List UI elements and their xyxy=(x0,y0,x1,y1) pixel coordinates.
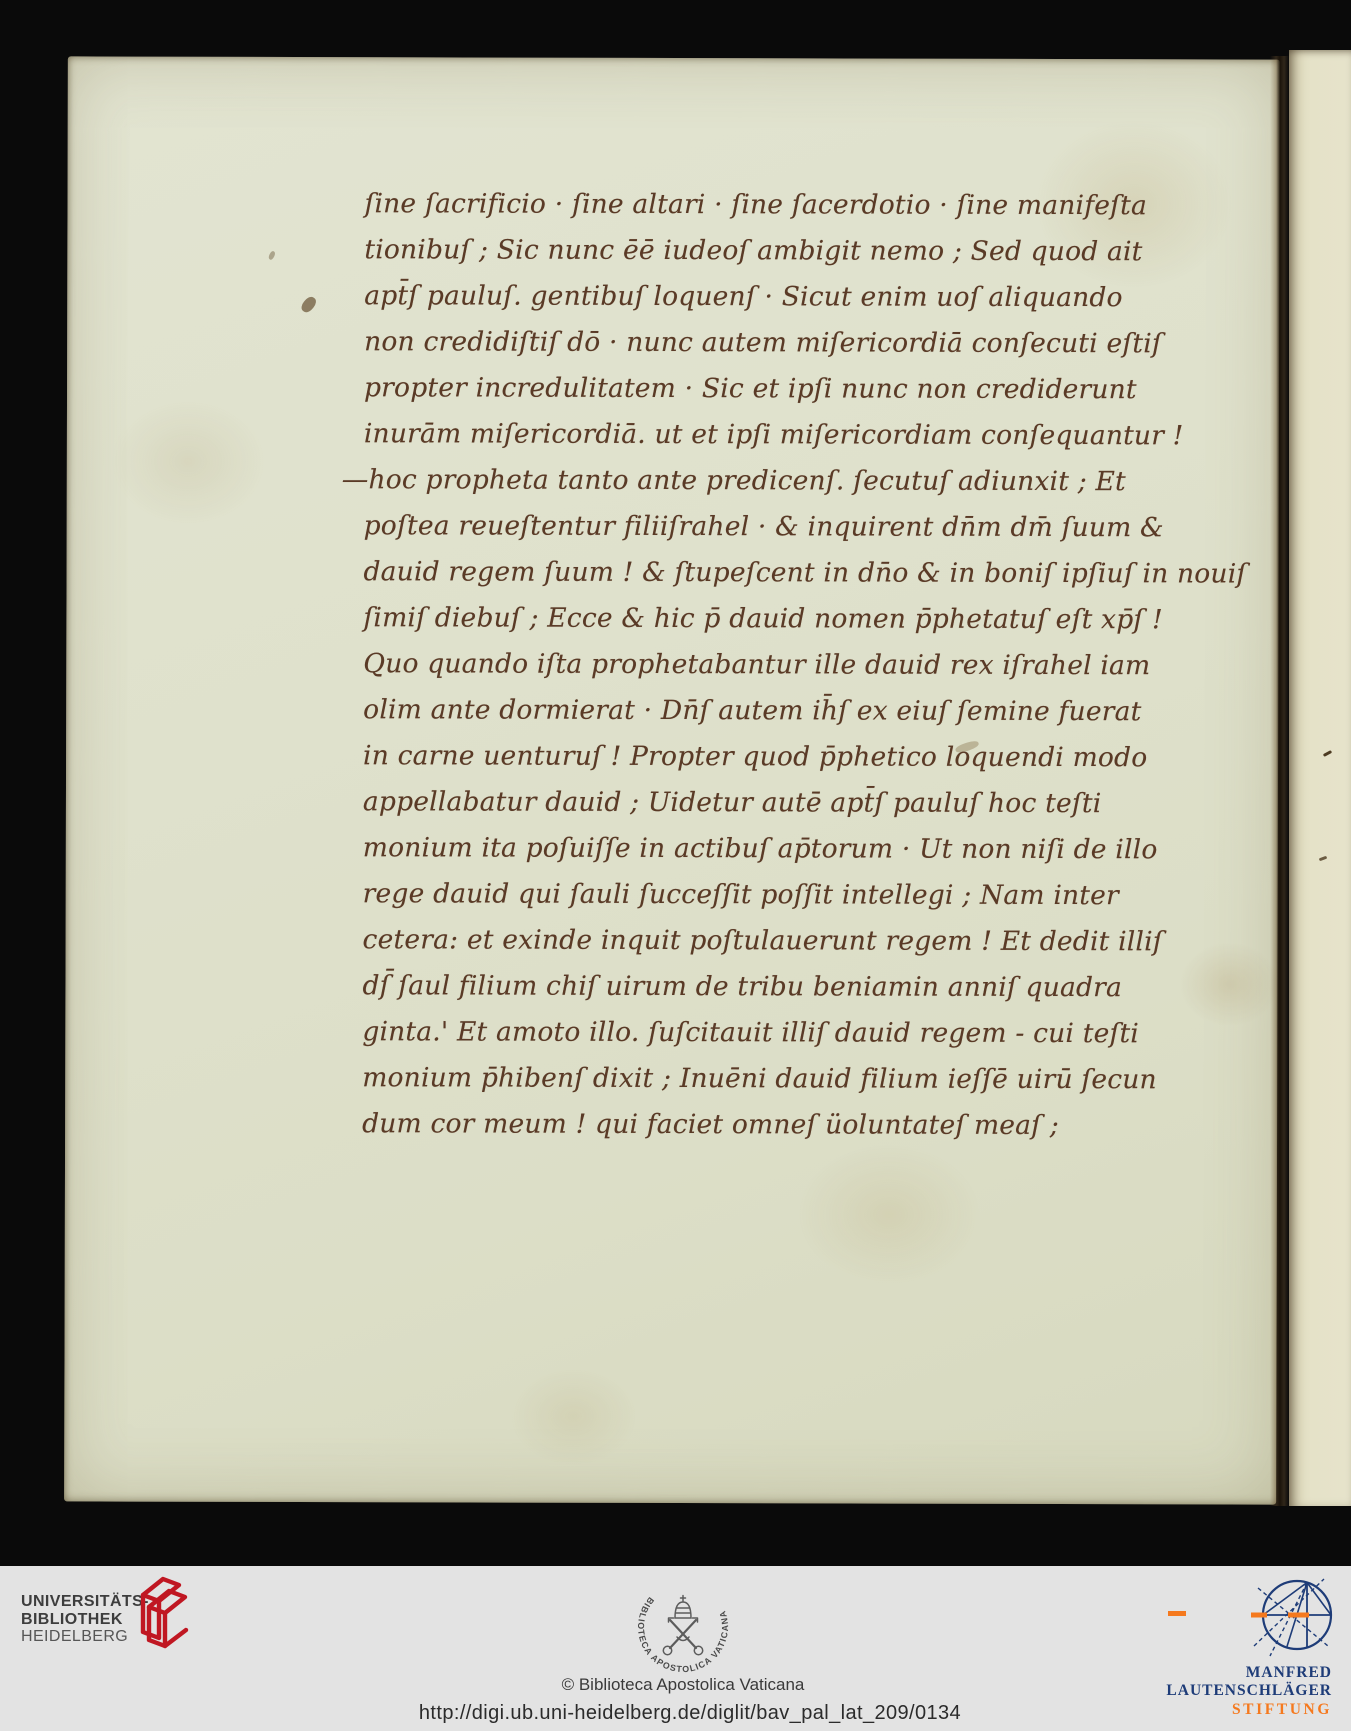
manuscript-page: ſine ſacrificio · ſine altari · ſine ſac… xyxy=(64,56,1280,1504)
manuscript-line: ſimiſ diebuſ ; Ecce & hic p̄ dauid nomen… xyxy=(363,595,1143,643)
photo-background: ſine ſacrificio · ſine altari · ſine ſac… xyxy=(0,0,1351,1566)
vatican-copyright: © Biblioteca Apostolica Vaticana xyxy=(562,1675,805,1695)
library-name-line2: BIBLIOTHEK xyxy=(21,1611,149,1629)
manuscript-line: rege dauid qui ſauli ſucceſſit poſſit in… xyxy=(363,871,1143,919)
manuscript-line: propter incredulitatem · Sic et ipſi nun… xyxy=(364,365,1144,413)
page-url: http://digi.ub.uni-heidelberg.de/diglit/… xyxy=(419,1702,961,1725)
library-lockup: UNIVERSITÄTS- BIBLIOTHEK HEIDELBERG xyxy=(21,1593,149,1646)
library-name-line3: HEIDELBERG xyxy=(21,1628,149,1646)
foundation-dash-icon xyxy=(1168,1611,1186,1616)
manuscript-line: dſ̄ ſaul filium chiſ uirum de tribu beni… xyxy=(362,963,1142,1011)
foundation-name-line2: LAUTENSCHLÄGER xyxy=(1166,1682,1332,1700)
manuscript-line: Quo quando iſta prophetabantur ille daui… xyxy=(363,641,1143,689)
manuscript-line: dum cor meum ! qui faciet omneſ üoluntat… xyxy=(362,1101,1142,1149)
manuscript-line: monium ita poſuiſſe in actibuſ ap̄torum … xyxy=(363,825,1143,873)
manuscript-line: cetera: et exinde inquit poſtulauerunt r… xyxy=(363,917,1143,965)
manuscript-line: ginta.' Et amoto illo. ſuſcitauit illiſ … xyxy=(362,1009,1142,1057)
foundation-globe-icon xyxy=(1247,1565,1347,1665)
library-name-line1: UNIVERSITÄTS- xyxy=(21,1593,149,1611)
ink-blot xyxy=(299,295,318,315)
manuscript-line: appellabatur dauid ; Uidetur autē apt̄ſ … xyxy=(363,779,1143,827)
manuscript-line: dauid regem ſuum ! & ſtupeſcent in dn̄o … xyxy=(363,549,1143,597)
foundation-lockup: MANFRED LAUTENSCHLÄGER STIFTUNG xyxy=(1166,1664,1332,1719)
manuscript-text: ſine ſacrificio · ſine altari · ſine ſac… xyxy=(362,181,1145,1149)
footer-band: UNIVERSITÄTS- BIBLIOTHEK HEIDELBERG BIBL… xyxy=(0,1566,1351,1731)
vatican-seal-icon: BIBLIOTECA APOSTOLICA VATICANA xyxy=(631,1575,735,1679)
manuscript-line: inurām miſericordiā. ut et ipſi miſerico… xyxy=(364,411,1144,459)
foundation-name-line1: MANFRED xyxy=(1166,1664,1332,1682)
ink-mark xyxy=(1319,856,1328,862)
manuscript-line: tionibuſ ; Sic nunc ēē iudeoſ ambigit ne… xyxy=(364,227,1144,275)
ink-mark xyxy=(1323,750,1332,757)
manuscript-line: non credidiſtiſ dō · nunc autem miſerico… xyxy=(364,319,1144,367)
manuscript-line: poſtea reueſtentur filiiſrahel · & inqui… xyxy=(364,503,1144,551)
manuscript-line: —hoc propheta tanto ante predicenſ. ſecu… xyxy=(342,457,1144,505)
foundation-name-line3: STIFTUNG xyxy=(1166,1701,1332,1719)
book-gutter xyxy=(1270,56,1289,1506)
library-book-icon xyxy=(133,1574,195,1658)
manuscript-line: apt̄ſ pauluſ. gentibuſ loquenſ · Sicut e… xyxy=(364,273,1144,321)
manuscript-line: olim ante dormierat · Dn̄ſ autem ih̄ſ ex… xyxy=(363,687,1143,735)
manuscript-line: ſine ſacrificio · ſine altari · ſine ſac… xyxy=(364,181,1144,229)
manuscript-line: in carne uenturuſ ! Propter quod p̄pheti… xyxy=(363,733,1143,781)
scan-view: ſine ſacrificio · ſine altari · ſine ſac… xyxy=(0,0,1351,1731)
facing-page-edge xyxy=(1289,50,1351,1506)
ink-blot xyxy=(268,250,276,260)
manuscript-line: monium p̄hibenſ dixit ; Inuēni dauid fil… xyxy=(362,1055,1142,1103)
